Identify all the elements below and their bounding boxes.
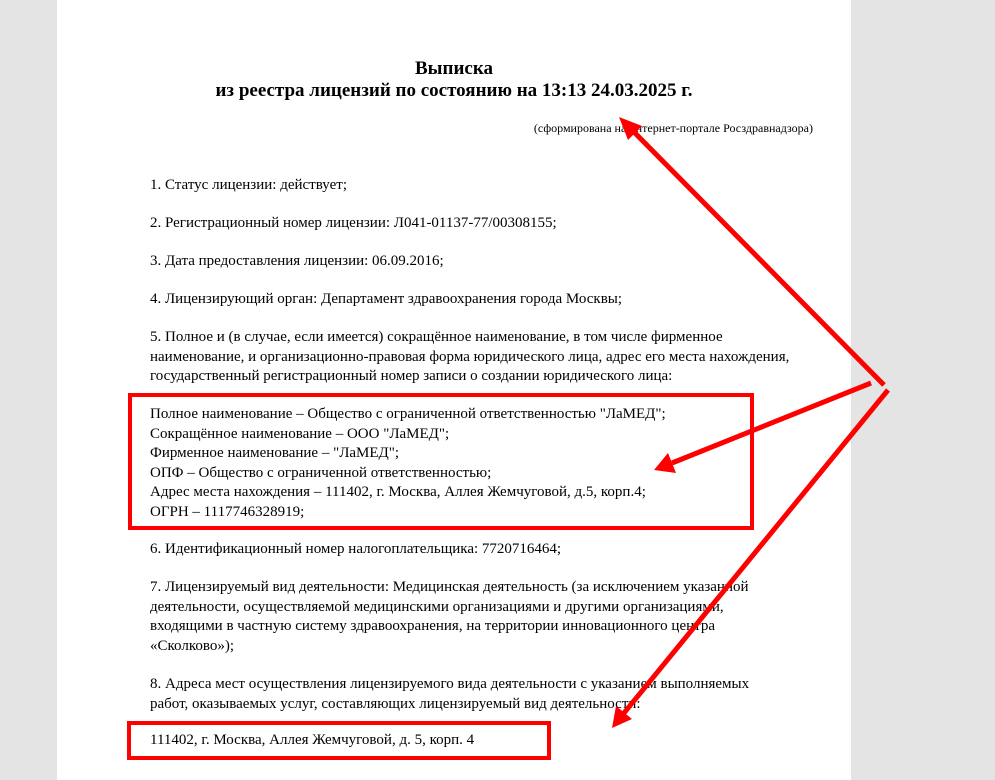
item-text: 1. Статус лицензии: действует;: [150, 176, 790, 196]
ogrn-line: ОГРН – 1117746328919;: [150, 503, 666, 523]
item-licensing-authority: 4. Лицензирующий орган: Департамент здра…: [150, 290, 790, 310]
item-text: 2. Регистрационный номер лицензии: Л041-…: [150, 214, 790, 234]
legal-form-line: ОПФ – Общество с ограниченной ответствен…: [150, 464, 666, 484]
item-text: 3. Дата предоставления лицензии: 06.09.2…: [150, 252, 790, 272]
item-text: 7. Лицензируемый вид деятельности: Медиц…: [150, 578, 790, 656]
item-license-status: 1. Статус лицензии: действует;: [150, 176, 790, 196]
document-viewer: Выписка из реестра лицензий по состоянию…: [0, 0, 995, 780]
item-activity-addresses-header: 8. Адреса мест осуществления лицензируем…: [150, 675, 790, 714]
legal-address-line: Адрес места нахождения – 111402, г. Моск…: [150, 483, 666, 503]
brand-name-line: Фирменное наименование – "ЛаМЕД";: [150, 444, 666, 464]
item-text: 6. Идентификационный номер налогоплатель…: [150, 540, 790, 560]
item-text: 4. Лицензирующий орган: Департамент здра…: [150, 290, 790, 310]
item-inn: 6. Идентификационный номер налогоплатель…: [150, 540, 790, 560]
item-registration-number: 2. Регистрационный номер лицензии: Л041-…: [150, 214, 790, 234]
document-title: Выписка: [57, 58, 851, 80]
item-text: 8. Адреса мест осуществления лицензируем…: [150, 675, 790, 714]
full-name-line: Полное наименование – Общество с огранич…: [150, 405, 666, 425]
document-source-note: (сформирована на интернет-портале Росздр…: [534, 121, 813, 136]
document-page: Выписка из реестра лицензий по состоянию…: [57, 0, 851, 780]
item-licensed-activity: 7. Лицензируемый вид деятельности: Медиц…: [150, 578, 790, 656]
document-title-subline: из реестра лицензий по состоянию на 13:1…: [57, 80, 851, 102]
activity-address: 111402, г. Москва, Аллея Жемчуговой, д. …: [150, 731, 474, 751]
short-name-line: Сокращённое наименование – ООО "ЛаМЕД";: [150, 425, 666, 445]
item-issue-date: 3. Дата предоставления лицензии: 06.09.2…: [150, 252, 790, 272]
item-text: 5. Полное и (в случае, если имеется) сок…: [150, 328, 790, 387]
item-entity-names-header: 5. Полное и (в случае, если имеется) сок…: [150, 328, 790, 387]
entity-details-block: Полное наименование – Общество с огранич…: [150, 405, 666, 522]
